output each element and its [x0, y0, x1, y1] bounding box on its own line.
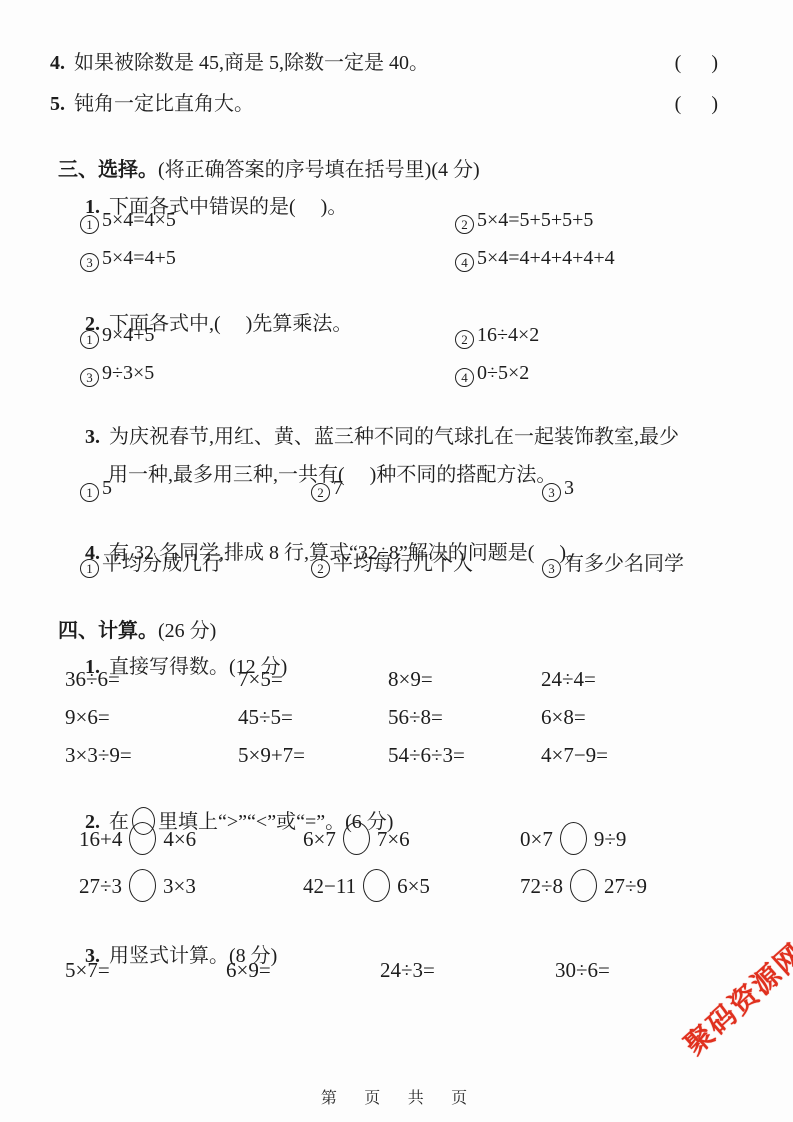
choice-q2-options-row2: 39÷3×5 40÷5×2: [28, 360, 770, 387]
equation: 7×5=: [238, 666, 388, 693]
equation: 24÷3=: [380, 957, 555, 984]
equation: 6×8=: [541, 704, 586, 731]
option: 25×4=5+5+5+5: [455, 207, 593, 234]
circled-number-icon: 1: [80, 483, 99, 502]
left-expression: 27÷3: [79, 874, 122, 898]
circled-number-icon: 2: [455, 330, 474, 349]
option-text: 7: [333, 477, 343, 499]
circled-number-icon: 3: [542, 559, 561, 578]
option-text: 5×4=5+5+5+5: [477, 209, 593, 231]
circled-number-icon: 2: [455, 215, 474, 234]
equation: 6×9=: [226, 957, 380, 984]
right-expression: 6×5: [397, 874, 430, 898]
vertical-calc-row: 5×7= 6×9= 24÷3= 30÷6=: [28, 957, 755, 984]
option: 1平均分成几行: [80, 551, 311, 578]
worksheet-page: 4. 如果被除数是 45,商是 5,除数一定是 40。 ( ) 5. 钝角一定比…: [0, 0, 793, 1122]
option: 45×4=4+4+4+4+4: [455, 245, 615, 272]
equation: 3×3÷9=: [65, 742, 238, 769]
choice-q3-options: 15 27 33: [28, 475, 770, 502]
equation: 30÷6=: [555, 957, 610, 984]
fill-circle-icon: [343, 822, 370, 855]
compare-item: 42−116×5: [303, 869, 520, 902]
answer-bracket: ( ): [675, 91, 718, 118]
left-expression: 42−11: [303, 874, 356, 898]
answer-bracket: ( ): [675, 50, 718, 77]
option: 216÷4×2: [455, 322, 539, 349]
choice-q4-options: 1平均分成几行 2平均每行几个人 3有多少名同学: [28, 551, 770, 578]
option-text: 平均每行几个人: [333, 553, 473, 575]
circled-number-icon: 3: [80, 253, 99, 272]
page-footer: 第 页 共 页: [0, 1085, 793, 1108]
compare-item: 16+44×6: [79, 822, 303, 855]
fill-circle-icon: [363, 869, 390, 902]
circled-number-icon: 1: [80, 559, 99, 578]
fill-circle-icon: [129, 822, 156, 855]
equation: 56÷8=: [388, 704, 541, 731]
judge-item-4: 4. 如果被除数是 45,商是 5,除数一定是 40。 ( ): [28, 50, 718, 77]
compare-item: 72÷827÷9: [520, 869, 647, 902]
option: 40÷5×2: [455, 360, 529, 387]
left-expression: 72÷8: [520, 874, 563, 898]
circled-number-icon: 3: [80, 368, 99, 387]
equation: 9×6=: [65, 704, 238, 731]
equation: 36÷6=: [65, 666, 238, 693]
option-text: 5×4=4+5: [102, 247, 176, 269]
compare-item: 27÷33×3: [79, 869, 303, 902]
oral-calc-row-2: 9×6= 45÷5= 56÷8= 6×8=: [28, 704, 755, 731]
option: 19×4+5: [80, 322, 455, 349]
right-expression: 27÷9: [604, 874, 647, 898]
left-expression: 16+4: [79, 827, 122, 851]
equation: 8×9=: [388, 666, 541, 693]
fill-circle-icon: [570, 869, 597, 902]
right-expression: 7×6: [377, 827, 410, 851]
equation: 4×7−9=: [541, 742, 608, 769]
option: 15×4=4×5: [80, 207, 455, 234]
option-text: 3: [564, 477, 574, 499]
option-text: 5×4=4+4+4+4+4: [477, 247, 615, 269]
equation: 5×9+7=: [238, 742, 388, 769]
compare-row-2: 27÷33×3 42−116×5 72÷827÷9: [28, 869, 769, 902]
left-expression: 6×7: [303, 827, 336, 851]
option: 3有多少名同学: [542, 551, 684, 578]
choice-q1-options-row2: 35×4=4+5 45×4=4+4+4+4+4: [28, 245, 770, 272]
right-expression: 3×3: [163, 874, 196, 898]
compare-item: 0×79÷9: [520, 822, 626, 855]
compare-row-1: 16+44×6 6×77×6 0×79÷9: [28, 822, 769, 855]
fill-circle-icon: [129, 869, 156, 902]
option-text: 9×4+5: [102, 324, 155, 346]
oral-calc-row-3: 3×3÷9= 5×9+7= 54÷6÷3= 4×7−9=: [28, 742, 755, 769]
choice-q2-options-row1: 19×4+5 216÷4×2: [28, 322, 770, 349]
option-text: 0÷5×2: [477, 362, 529, 384]
compare-item: 6×77×6: [303, 822, 520, 855]
circled-number-icon: 2: [311, 483, 330, 502]
circled-number-icon: 1: [80, 330, 99, 349]
choice-q1-options-row1: 15×4=4×5 25×4=5+5+5+5: [28, 207, 770, 234]
option-text: 有多少名同学: [564, 553, 684, 575]
circled-number-icon: 3: [542, 483, 561, 502]
option: 15: [80, 475, 311, 502]
option-text: 平均分成几行: [102, 553, 222, 575]
right-expression: 4×6: [163, 827, 196, 851]
oral-calc-row-1: 36÷6= 7×5= 8×9= 24÷4=: [28, 666, 755, 693]
option-text: 16÷4×2: [477, 324, 539, 346]
option: 27: [311, 475, 542, 502]
circled-number-icon: 4: [455, 368, 474, 387]
option-text: 9÷3×5: [102, 362, 154, 384]
option-text: 5×4=4×5: [102, 209, 176, 231]
circled-number-icon: 4: [455, 253, 474, 272]
option: 33: [542, 475, 574, 502]
circled-number-icon: 2: [311, 559, 330, 578]
option-text: 5: [102, 477, 112, 499]
judge-item-number: 4.: [50, 50, 65, 77]
fill-circle-icon: [560, 822, 587, 855]
equation: 54÷6÷3=: [388, 742, 541, 769]
equation: 24÷4=: [541, 666, 596, 693]
judge-item-text: 钝角一定比直角大。: [74, 91, 254, 118]
judge-item-text: 如果被除数是 45,商是 5,除数一定是 40。: [74, 50, 429, 77]
circled-number-icon: 1: [80, 215, 99, 234]
judge-item-number: 5.: [50, 91, 65, 118]
option: 35×4=4+5: [80, 245, 455, 272]
option: 39÷3×5: [80, 360, 455, 387]
option: 2平均每行几个人: [311, 551, 542, 578]
right-expression: 9÷9: [594, 827, 627, 851]
left-expression: 0×7: [520, 827, 553, 851]
equation: 5×7=: [65, 957, 226, 984]
judge-item-5: 5. 钝角一定比直角大。 ( ): [28, 91, 718, 118]
equation: 45÷5=: [238, 704, 388, 731]
